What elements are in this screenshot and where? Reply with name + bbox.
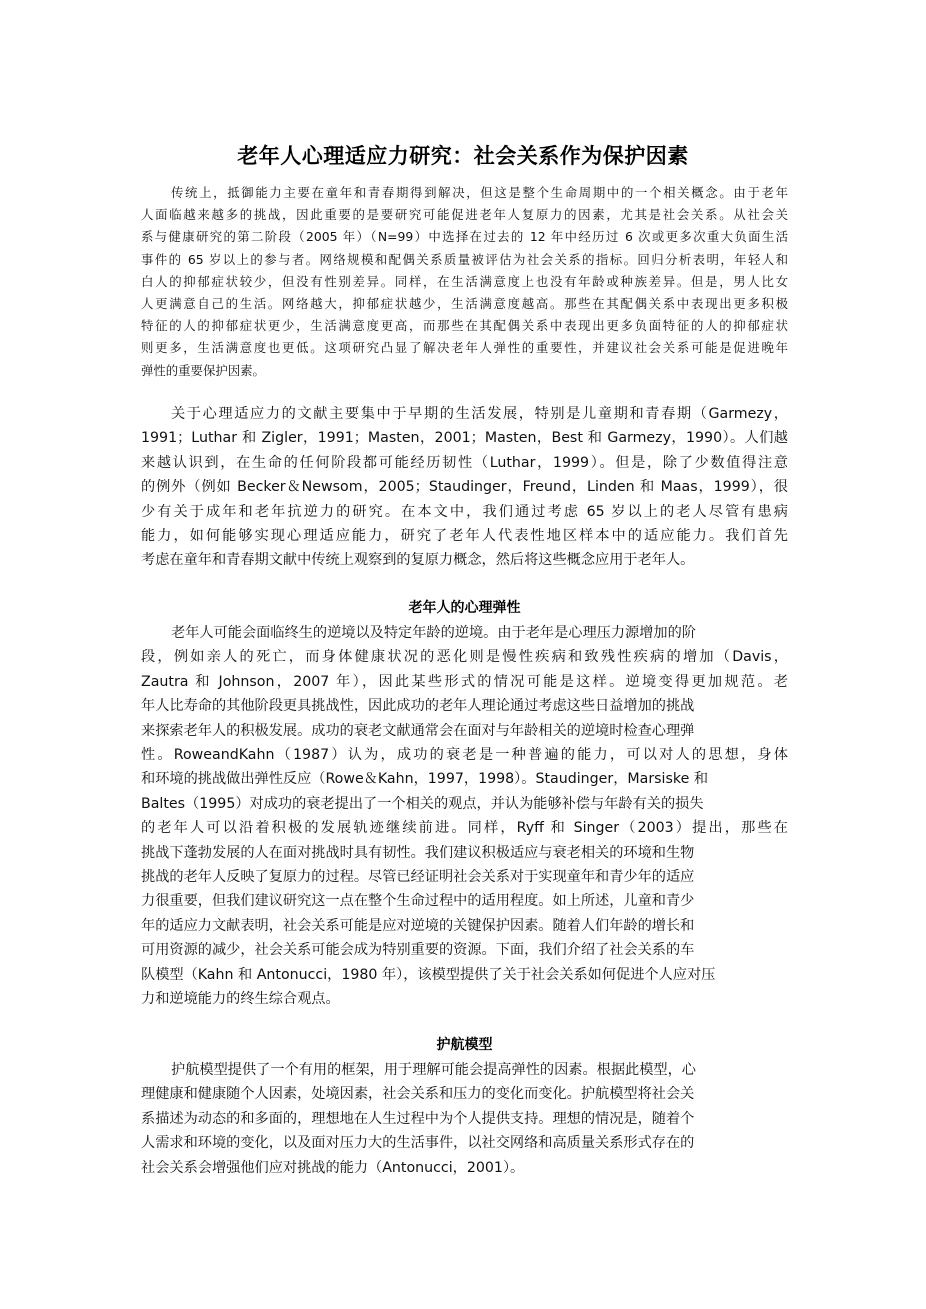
text-line: 老年人可能会面临终生的逆境以及特定年龄的逆境。由于老年是心理压力源增加的阶 (141, 621, 788, 645)
text-line: 1991；Luthar 和 Zigler，1991；Masten，2001；Ma… (141, 426, 788, 450)
text-line: 挑战的老年人反映了复原力的过程。尽管已经证明社会关系对于实现童年和青少年的适应 (141, 865, 788, 889)
text-line: 白人的抑郁症状较少，但没有性别差异。同样，在生活满意度上也没有年龄或种族差异。但… (141, 271, 788, 293)
text-line: 少有关于成年和老年抗逆力的研究。在本文中，我们通过考虑 65 岁以上的老人尽管有… (141, 500, 788, 524)
text-line: 理健康和健康随个人因素，处境因素，社会关系和压力的变化而变化。护航模型将社会关 (141, 1082, 788, 1106)
text-line: 可用资源的减少，社会关系可能会成为特别重要的资源。下面，我们介绍了社会关系的车 (141, 938, 788, 962)
section-paragraph-resilience: 老年人可能会面临终生的逆境以及特定年龄的逆境。由于老年是心理压力源增加的阶 段，… (141, 621, 788, 1012)
section-heading-resilience: 老年人的心理弹性 (141, 597, 788, 619)
text-line: 人更满意自己的生活。网络越大，抑郁症状越少，生活满意度越高。那些在其配偶关系中表… (141, 293, 788, 315)
text-line: 挑战下蓬勃发展的人在面对挑战时具有韧性。我们建议积极适应与衰老相关的环境和生物 (141, 841, 788, 865)
intro-paragraph: 关于心理适应力的文献主要集中于早期的生活发展，特别是儿童期和青春期（Garmez… (141, 402, 788, 573)
text-line: 力和逆境能力的终生综合观点。 (141, 987, 788, 1011)
document-page: 老年人心理适应力研究：社会关系作为保护因素 传统上，抵御能力主要在童年和青春期得… (0, 0, 926, 1309)
abstract-paragraph: 传统上，抵御能力主要在童年和青春期得到解决，但这是整个生命周期中的一个相关概念。… (141, 182, 788, 382)
text-line: 年的适应力文献表明，社会关系可能是应对逆境的关键保护因素。随着人们年龄的增长和 (141, 914, 788, 938)
text-line: 力很重要，但我们建议研究这一点在整个生命过程中的适用程度。如上所述，儿童和青少 (141, 889, 788, 913)
text-line: 的例外（例如 Becker＆Newsom，2005；Staudinger，Fre… (141, 475, 788, 499)
text-line: 则更多，生活满意度也更低。这项研究凸显了解决老年人弹性的重要性，并建议社会关系可… (141, 337, 788, 359)
text-line: Zautra 和 Johnson，2007 年），因此某些形式的情况可能是这样。… (141, 670, 788, 694)
text-line: 和环境的挑战做出弹性反应（Rowe＆Kahn，1997，1998）。Staudi… (141, 767, 788, 791)
text-line: 来探索老年人的积极发展。成功的衰老文献通常会在面对与年龄相关的逆境时检查心理弹 (141, 719, 788, 743)
text-line: 性。RoweandKahn（1987）认为，成功的衰老是一种普遍的能力，可以对人… (141, 743, 788, 767)
text-line: 队模型（Kahn 和 Antonucci，1980 年），该模型提供了关于社会关… (141, 963, 788, 987)
document-title: 老年人心理适应力研究：社会关系作为保护因素 (0, 141, 926, 171)
text-line: 传统上，抵御能力主要在童年和青春期得到解决，但这是整个生命周期中的一个相关概念。… (141, 182, 788, 204)
text-line: 来越认识到，在生命的任何阶段都可能经历韧性（Luthar，1999）。但是，除了… (141, 451, 788, 475)
section-heading-convoy-model: 护航模型 (141, 1034, 788, 1056)
text-line: 系描述为动态的和多面的，理想地在人生过程中为个人提供支持。理想的情况是，随着个 (141, 1107, 788, 1131)
text-line: 人需求和环境的变化，以及面对压力大的生活事件，以社交网络和高质量关系形式存在的 (141, 1131, 788, 1155)
text-line: 特征的人的抑郁症状更少，生活满意度更高，而那些在其配偶关系中表现出更多负面特征的… (141, 315, 788, 337)
text-line: 能力，如何能够实现心理适应能力，研究了老年人代表性地区样本中的适应能力。我们首先 (141, 524, 788, 548)
section-paragraph-convoy-model: 护航模型提供了一个有用的框架，用于理解可能会提高弹性的因素。根据此模型，心 理健… (141, 1058, 788, 1180)
text-line: 系与健康研究的第二阶段（2005 年）（N=99）中选择在过去的 12 年中经历… (141, 226, 788, 248)
text-line: 弹性的重要保护因素。 (141, 360, 788, 382)
text-line: 考虑在童年和青春期文献中传统上观察到的复原力概念，然后将这些概念应用于老年人。 (141, 548, 788, 572)
text-line: 关于心理适应力的文献主要集中于早期的生活发展，特别是儿童期和青春期（Garmez… (141, 402, 788, 426)
text-line: 年人比寿命的其他阶段更具挑战性，因此成功的老年人理论通过考虑这些日益增加的挑战 (141, 694, 788, 718)
text-line: 段，例如亲人的死亡，而身体健康状况的恶化则是慢性疾病和致残性疾病的增加（Davi… (141, 645, 788, 669)
text-line: 的老年人可以沿着积极的发展轨迹继续前进。同样，Ryff 和 Singer（200… (141, 816, 788, 840)
text-line: 护航模型提供了一个有用的框架，用于理解可能会提高弹性的因素。根据此模型，心 (141, 1058, 788, 1082)
text-line: 社会关系会增强他们应对挑战的能力（Antonucci，2001）。 (141, 1156, 788, 1180)
text-line: 事件的 65 岁以上的参与者。网络规模和配偶关系质量被评估为社会关系的指标。回归… (141, 249, 788, 271)
text-line: 人面临越来越多的挑战，因此重要的是要研究可能促进老年人复原力的因素，尤其是社会关… (141, 204, 788, 226)
text-line: Baltes（1995）对成功的衰老提出了一个相关的观点，并认为能够补偿与年龄有… (141, 792, 788, 816)
